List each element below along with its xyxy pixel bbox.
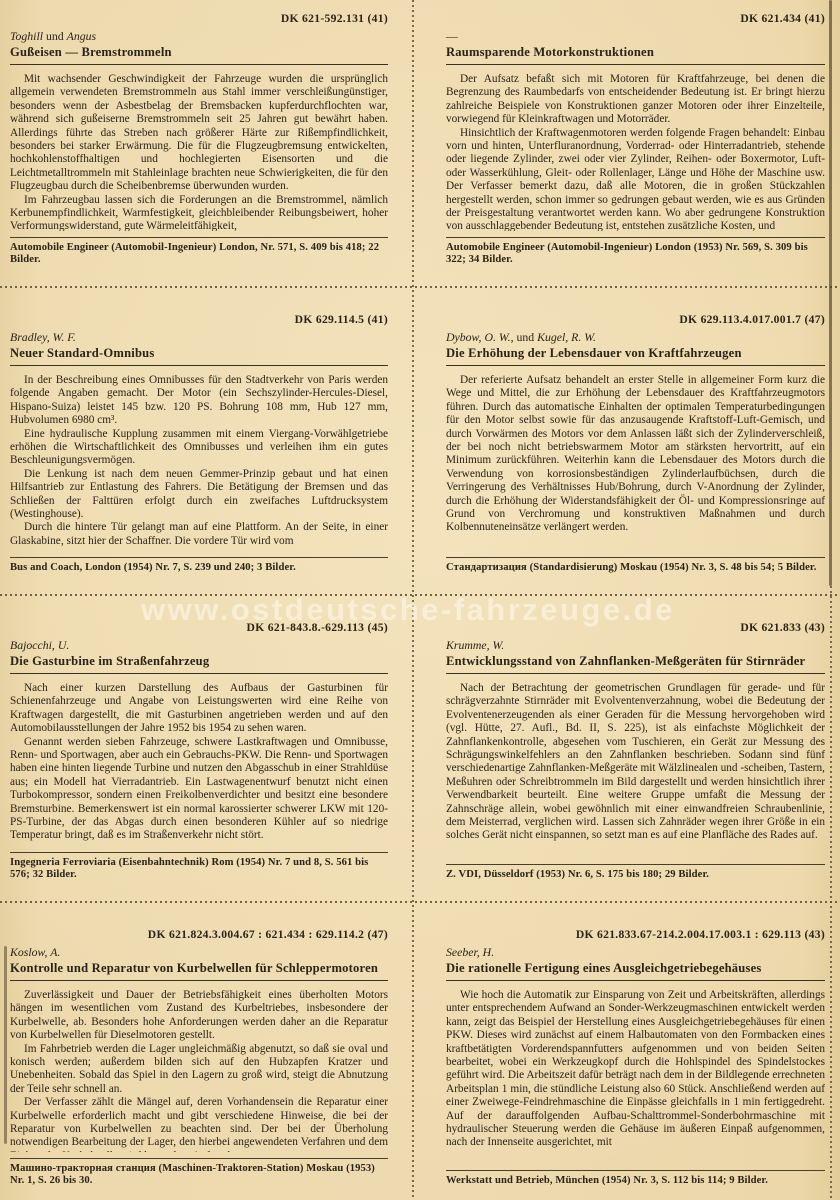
abstract-body: Nach der Betrachtung der geometrischen G…: [446, 682, 825, 843]
citation-text: Automobile Engineer (Automobil-Ingenieur…: [446, 242, 825, 267]
source-citation: Bus and Coach, London (1954) Nr. 7, S. 2…: [10, 557, 388, 575]
author-connector: , und: [511, 330, 538, 344]
author-name: Bradley, W. F.: [10, 330, 76, 344]
source-citation: Ingegneria Ferroviaria (Eisenbahntechnik…: [10, 852, 388, 882]
citation-text: Z. VDI, Düsseldorf (1953) Nr. 6, S. 175 …: [446, 869, 825, 882]
card-grid: DK 621-592.131 (41) Toghill und Angus Gu…: [0, 0, 840, 1200]
author-name: Dybow, O. W.: [446, 330, 511, 344]
author-name: Koslow, A.: [10, 945, 60, 959]
abstract-card: DK 621.434 (41) — Raumsparende Motorkons…: [420, 0, 840, 287]
abstract-body: Nach einer kurzen Darstellung des Aufbau…: [10, 682, 388, 843]
dk-classification-number: DK 621.833.67-214.2.004.17.003.1 : 629.1…: [446, 928, 825, 941]
source-citation: Automobile Engineer (Automobil-Ingenieur…: [10, 237, 388, 267]
author-line: Krumme, W.: [446, 638, 825, 652]
abstract-card: DK 621.833.67-214.2.004.17.003.1 : 629.1…: [420, 902, 840, 1200]
author-line: Bradley, W. F.: [10, 330, 388, 344]
dk-classification-number: DK 621.824.3.004.67 : 621.434 : 629.114.…: [10, 928, 388, 941]
author-line: —: [446, 29, 825, 43]
abstract-body: Zuverlässigkeit und Dauer der Betriebsfä…: [10, 989, 388, 1152]
entry-title: Raumsparende Motorkonstruktionen: [446, 45, 825, 65]
entry-title: Die rationelle Fertigung eines Ausgleich…: [446, 961, 825, 981]
column-separator-dotted-line: [412, 0, 414, 1200]
abstract-card: DK 621-843.8.-629.113 (45) Bajocchi, U. …: [0, 595, 420, 902]
citation-text: Werkstatt und Betrieb, München (1954) Nr…: [446, 1175, 825, 1188]
abstract-paragraph: Im Fahrzeugbau lassen sich die Forderung…: [10, 194, 388, 231]
entry-title: Entwicklungsstand von Zahnflanken-Meßger…: [446, 654, 825, 674]
abstract-body: Mit wachsender Geschwindigkeit der Fahrz…: [10, 73, 388, 231]
abstract-body: Der referierte Aufsatz behandelt an erst…: [446, 374, 825, 535]
abstract-paragraph: Der referierte Aufsatz behandelt an erst…: [446, 374, 825, 535]
author-name: Kugel, R. W.: [537, 330, 596, 344]
abstract-paragraph: Die Lenkung ist nach dem neuen Gemmer-Pr…: [10, 468, 388, 522]
abstract-body: Wie hoch die Automatik zur Einsparung vo…: [446, 989, 825, 1150]
source-citation: Automobile Engineer (Automobil-Ingenieur…: [446, 237, 825, 267]
abstract-paragraph: Im Fahrbetrieb werden die Lager ungleich…: [10, 1043, 388, 1097]
citation-text: Bus and Coach, London (1954) Nr. 7, S. 2…: [10, 562, 388, 575]
row-separator-dotted-line: [0, 901, 840, 903]
row-separator-dotted-line: [0, 286, 840, 288]
citation-text: Стандартизация (Standardisierung) Moskau…: [446, 562, 825, 575]
abstract-body: Der Aufsatz befaßt sich mit Motoren für …: [446, 73, 825, 231]
abstract-paragraph: Genannt werden sieben Fahrzeuge, schwere…: [10, 736, 388, 843]
entry-title: Neuer Standard-Omnibus: [10, 346, 388, 366]
citation-text: Automobile Engineer (Automobil-Ingenieur…: [10, 242, 388, 267]
author-line: Seeber, H.: [446, 945, 825, 959]
author-name: Angus: [67, 29, 97, 43]
abstract-paragraph: Wie hoch die Automatik zur Einsparung vo…: [446, 989, 825, 1150]
scan-edge-right-dotted: [830, 586, 832, 1200]
entry-title: Die Erhöhung der Lebensdauer von Kraftfa…: [446, 346, 825, 366]
abstract-card: DK 629.113.4.017.001.7 (47) Dybow, O. W.…: [420, 287, 840, 595]
source-citation: Машино-тракторная станция (Maschinen-Tra…: [10, 1158, 388, 1188]
source-citation: Стандартизация (Standardisierung) Moskau…: [446, 557, 825, 575]
dk-classification-number: DK 621-843.8.-629.113 (45): [10, 621, 388, 634]
author-anonymous-dash: —: [446, 29, 458, 43]
row-separator-dotted-line: [0, 594, 840, 596]
entry-title: Gußeisen — Bremstrommeln: [10, 45, 388, 65]
entry-title: Kontrolle und Reparatur von Kurbelwellen…: [10, 961, 388, 981]
abstract-paragraph: Mit wachsender Geschwindigkeit der Fahrz…: [10, 73, 388, 194]
abstract-paragraph: Nach der Betrachtung der geometrischen G…: [446, 682, 825, 843]
author-line: Koslow, A.: [10, 945, 388, 959]
abstract-paragraph: Eine hydraulische Kupplung zusammen mit …: [10, 428, 388, 468]
entry-title: Die Gasturbine im Straßenfahrzeug: [10, 654, 388, 674]
author-name: Bajocchi, U.: [10, 638, 69, 652]
author-name: Seeber, H.: [446, 945, 494, 959]
abstract-paragraph: Nach einer kurzen Darstellung des Aufbau…: [10, 682, 388, 736]
abstract-paragraph: Hinsichtlich der Kraftwagenmotoren werde…: [446, 127, 825, 231]
abstract-paragraph: In der Beschreibung eines Omnibusses für…: [10, 374, 388, 428]
abstract-paragraph: Der Aufsatz befaßt sich mit Motoren für …: [446, 73, 825, 127]
author-name: Krumme, W.: [446, 638, 504, 652]
scan-edge-left: [4, 946, 7, 1144]
abstract-body: In der Beschreibung eines Omnibusses für…: [10, 374, 388, 548]
citation-text: Ingegneria Ferroviaria (Eisenbahntechnik…: [10, 857, 388, 882]
author-line: Bajocchi, U.: [10, 638, 388, 652]
abstract-card: DK 621-592.131 (41) Toghill und Angus Gu…: [0, 0, 420, 287]
author-connector: und: [43, 29, 67, 43]
citation-text: Машино-тракторная станция (Maschinen-Tra…: [10, 1163, 388, 1188]
author-name: Toghill: [10, 29, 43, 43]
scanned-abstract-page: DK 621-592.131 (41) Toghill und Angus Gu…: [0, 0, 840, 1200]
dk-classification-number: DK 621.434 (41): [446, 12, 825, 25]
source-citation: Werkstatt und Betrieb, München (1954) Nr…: [446, 1170, 825, 1188]
dk-classification-number: DK 621.833 (43): [446, 621, 825, 634]
abstract-card: DK 621.824.3.004.67 : 621.434 : 629.114.…: [0, 902, 420, 1200]
abstract-paragraph: Der Verfasser zählt die Mängel auf, dere…: [10, 1096, 388, 1152]
abstract-card: DK 629.114.5 (41) Bradley, W. F. Neuer S…: [0, 287, 420, 595]
abstract-paragraph: Durch die hintere Tür gelangt man auf ei…: [10, 521, 388, 548]
abstract-paragraph: Zuverlässigkeit und Dauer der Betriebsfä…: [10, 989, 388, 1043]
author-line: Dybow, O. W., und Kugel, R. W.: [446, 330, 825, 344]
source-citation: Z. VDI, Düsseldorf (1953) Nr. 6, S. 175 …: [446, 864, 825, 882]
dk-classification-number: DK 629.113.4.017.001.7 (47): [446, 313, 825, 326]
dk-classification-number: DK 629.114.5 (41): [10, 313, 388, 326]
author-line: Toghill und Angus: [10, 29, 388, 43]
abstract-card: DK 621.833 (43) Krumme, W. Entwicklungss…: [420, 595, 840, 902]
dk-classification-number: DK 621-592.131 (41): [10, 12, 388, 25]
scan-edge-right: [829, 0, 832, 586]
